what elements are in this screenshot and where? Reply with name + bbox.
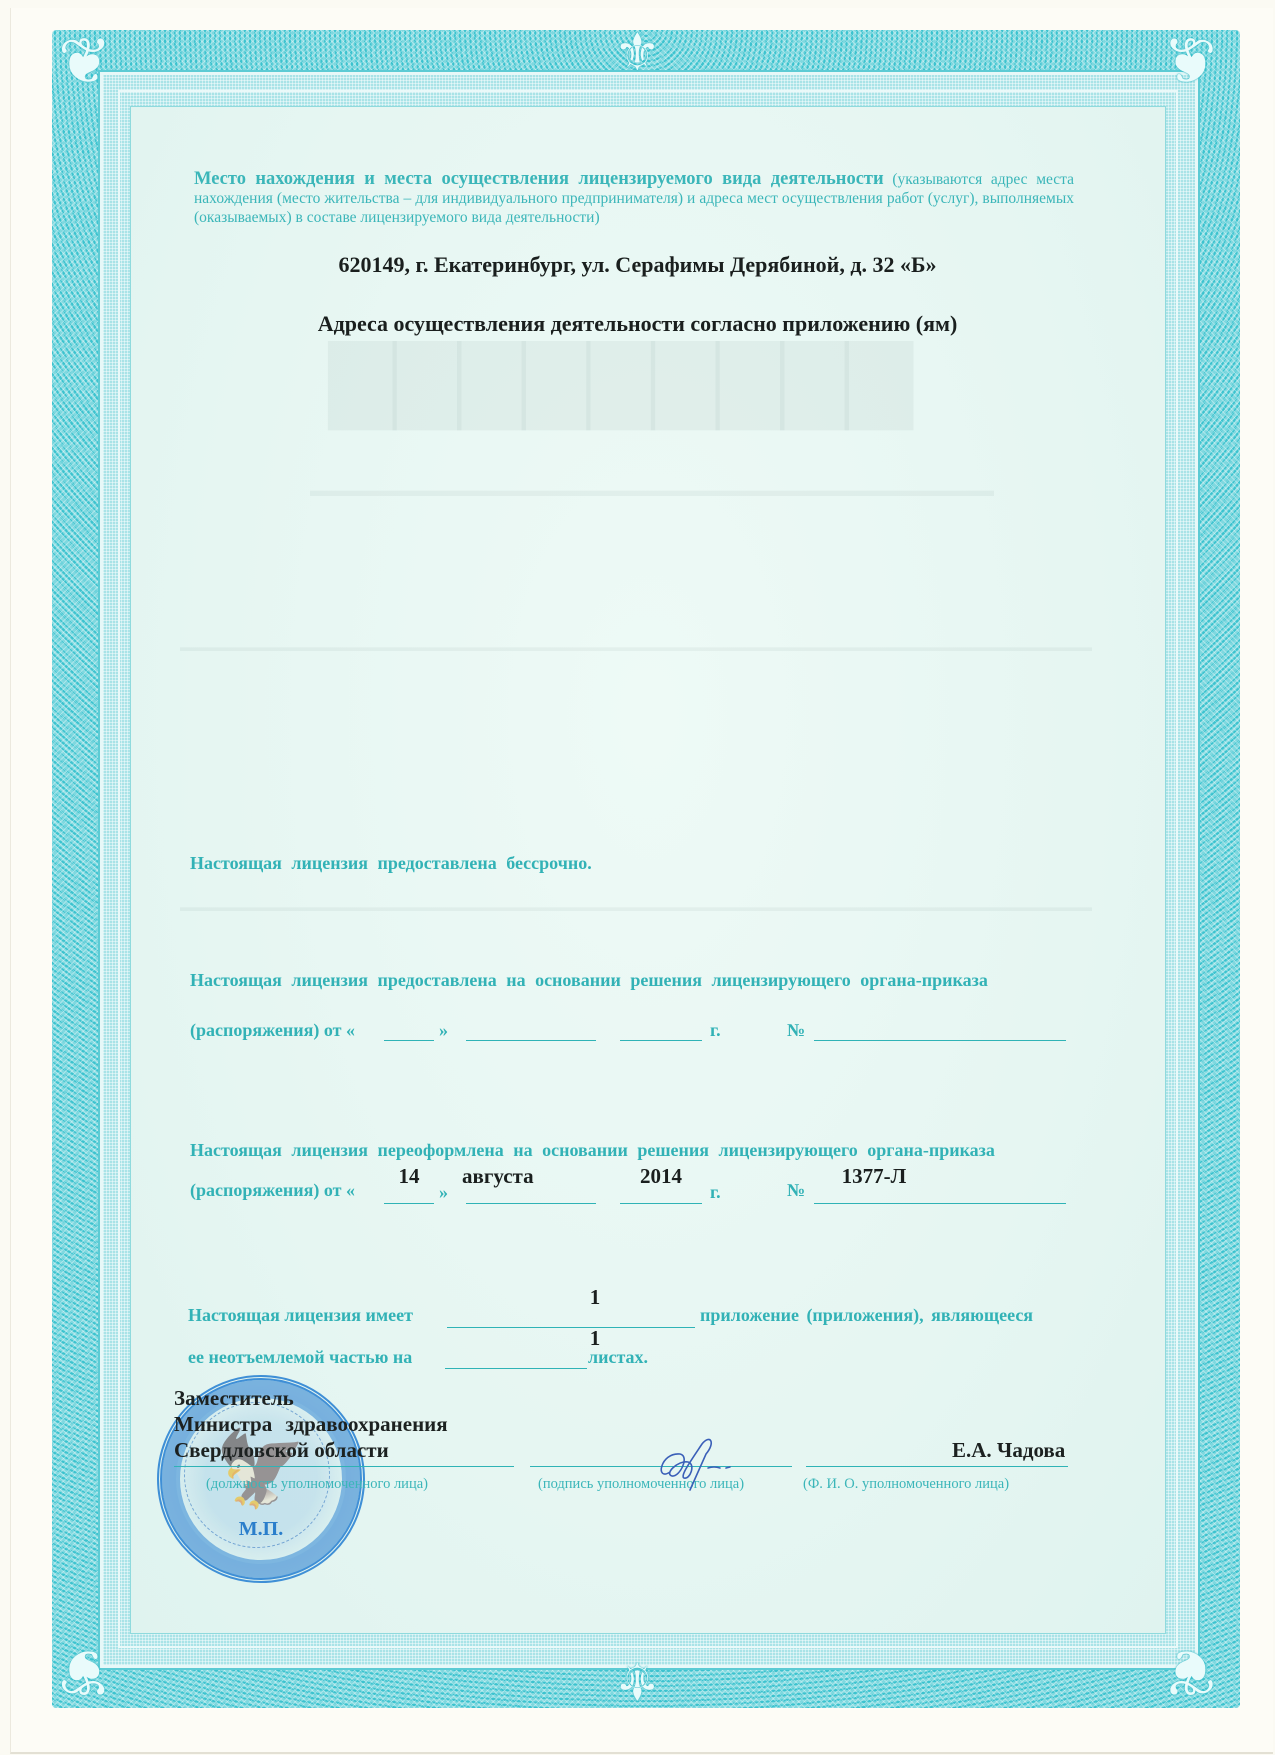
granted-quote-close: » [439, 1020, 448, 1041]
granted-day-field [384, 1040, 434, 1041]
granted-year-field [620, 1040, 702, 1041]
reissued-quote-close: » [439, 1182, 448, 1203]
bleed-through-mark: ▬▬▬▬▬▬▬▬▬▬▬▬▬▬▬▬▬▬▬▬▬▬▬▬▬▬▬▬▬▬▬▬▬▬▬▬▬▬ [310, 480, 994, 501]
reissued-day-value: 14 [384, 1164, 434, 1189]
reissued-number-field [814, 1203, 1066, 1204]
location-paragraph: Место нахождения и места осуществления л… [194, 170, 1074, 227]
caption-name: (Ф. И. О. уполномоченного лица) [803, 1476, 1009, 1493]
license-address: 620149, г. Екатеринбург, ул. Серафимы Де… [0, 252, 1275, 278]
position-line [174, 1466, 514, 1467]
appendix-prefix: Настоящая лицензия имеет [188, 1305, 413, 1326]
validity-statement: Настоящая лицензия предоставлена бессроч… [190, 853, 592, 874]
corner-ornament-icon: ❦ [58, 1639, 112, 1703]
reissued-month-value: августа [462, 1164, 572, 1189]
appendix-count-value: 1 [560, 1285, 630, 1310]
reissued-year-field [620, 1203, 702, 1204]
reissued-number-value: 1377-Л [824, 1164, 924, 1189]
granted-basis-line: Настоящая лицензия предоставлена на осно… [190, 970, 988, 991]
name-line [806, 1466, 1068, 1467]
reissued-year-value: 2014 [620, 1164, 702, 1189]
reissued-year-suffix: г. [710, 1182, 721, 1203]
granted-order-prefix: (распоряжения) от « [190, 1020, 355, 1041]
signatory-role-line3: Свердловской области [174, 1438, 389, 1463]
reissued-basis-line: Настоящая лицензия переоформлена на осно… [190, 1140, 995, 1161]
appendix-sheets-field [445, 1368, 587, 1369]
fleur-ornament-icon: ⚜ [614, 1653, 661, 1705]
granted-number-sign: № [787, 1020, 805, 1041]
bleed-through-mark: ▬▬▬▬▬▬▬▬▬▬▬▬▬▬▬▬▬▬▬▬▬▬▬▬▬▬▬▬▬▬▬▬▬▬▬▬▬▬▬▬… [180, 900, 1092, 915]
signatory-role-line1: Заместитель [174, 1386, 294, 1411]
signatory-role-line2: Министра здравоохранения [174, 1412, 448, 1437]
reissued-number-sign: № [787, 1180, 805, 1201]
corner-ornament-icon: ❦ [58, 30, 112, 94]
caption-position: (должность уполномоченного лица) [206, 1476, 428, 1493]
seal-mark: М.П. [162, 1518, 360, 1541]
reissued-day-field [384, 1203, 434, 1204]
fleur-ornament-icon: ⚜ [614, 28, 661, 80]
reissued-month-field [466, 1203, 596, 1204]
appendix-sheets-prefix: ее неотъемлемой частью на [188, 1347, 412, 1368]
bleed-through-mark: ▬▬▬▬▬▬▬▬▬▬▬▬▬▬▬▬▬▬▬▬▬▬▬▬▬▬▬▬▬▬▬▬▬▬▬▬▬▬▬▬… [180, 640, 1092, 655]
location-heading: Место нахождения и места осуществления л… [194, 169, 884, 189]
corner-ornament-icon: ❦ [1163, 30, 1217, 94]
signatory-name: Е.А. Чадова [952, 1438, 1065, 1463]
granted-number-field [814, 1040, 1066, 1041]
corner-ornament-icon: ❦ [1163, 1639, 1217, 1703]
activity-addresses: Адреса осуществления деятельности соглас… [0, 311, 1275, 337]
appendix-sheets-suffix: листах. [588, 1347, 648, 1368]
bleed-through-mark: ▇▇▇▇▇▇▇▇▇ [330, 330, 911, 429]
granted-month-field [466, 1040, 596, 1041]
reissued-order-prefix: (распоряжения) от « [190, 1180, 355, 1201]
handwritten-signature [650, 1432, 770, 1492]
granted-year-suffix: г. [710, 1020, 721, 1041]
appendix-suffix: приложение (приложения), являющееся [700, 1305, 1033, 1326]
